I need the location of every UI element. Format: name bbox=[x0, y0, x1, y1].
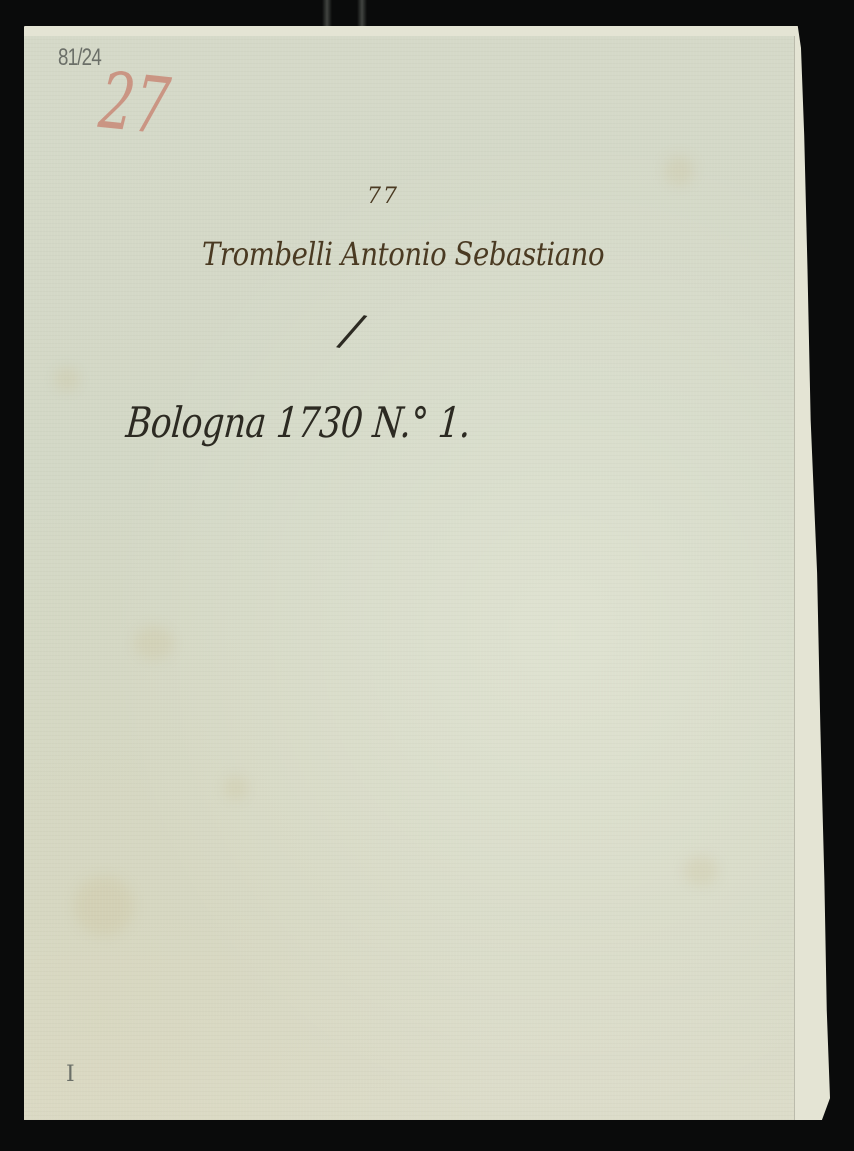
place-date-line: Bologna 1730 N.° 1. bbox=[124, 402, 472, 444]
paper-stain bbox=[74, 876, 134, 936]
roman-numeral-mark: I bbox=[66, 1064, 75, 1086]
paper-stain bbox=[134, 626, 174, 660]
document-scan: 81/24 27 77 Trombelli Antonio Sebastiano… bbox=[0, 0, 854, 1151]
paper-stain bbox=[54, 366, 80, 392]
paper-front-sheet bbox=[24, 36, 794, 1120]
author-name: Trombelli Antonio Sebastiano bbox=[202, 238, 604, 270]
paper-stain bbox=[224, 776, 248, 800]
red-folio-number: 27 bbox=[96, 62, 173, 147]
document-number: 77 bbox=[367, 186, 399, 208]
paper-stain bbox=[684, 856, 718, 886]
paper-stain bbox=[664, 156, 694, 186]
archive-number: 81/24 bbox=[58, 46, 101, 70]
